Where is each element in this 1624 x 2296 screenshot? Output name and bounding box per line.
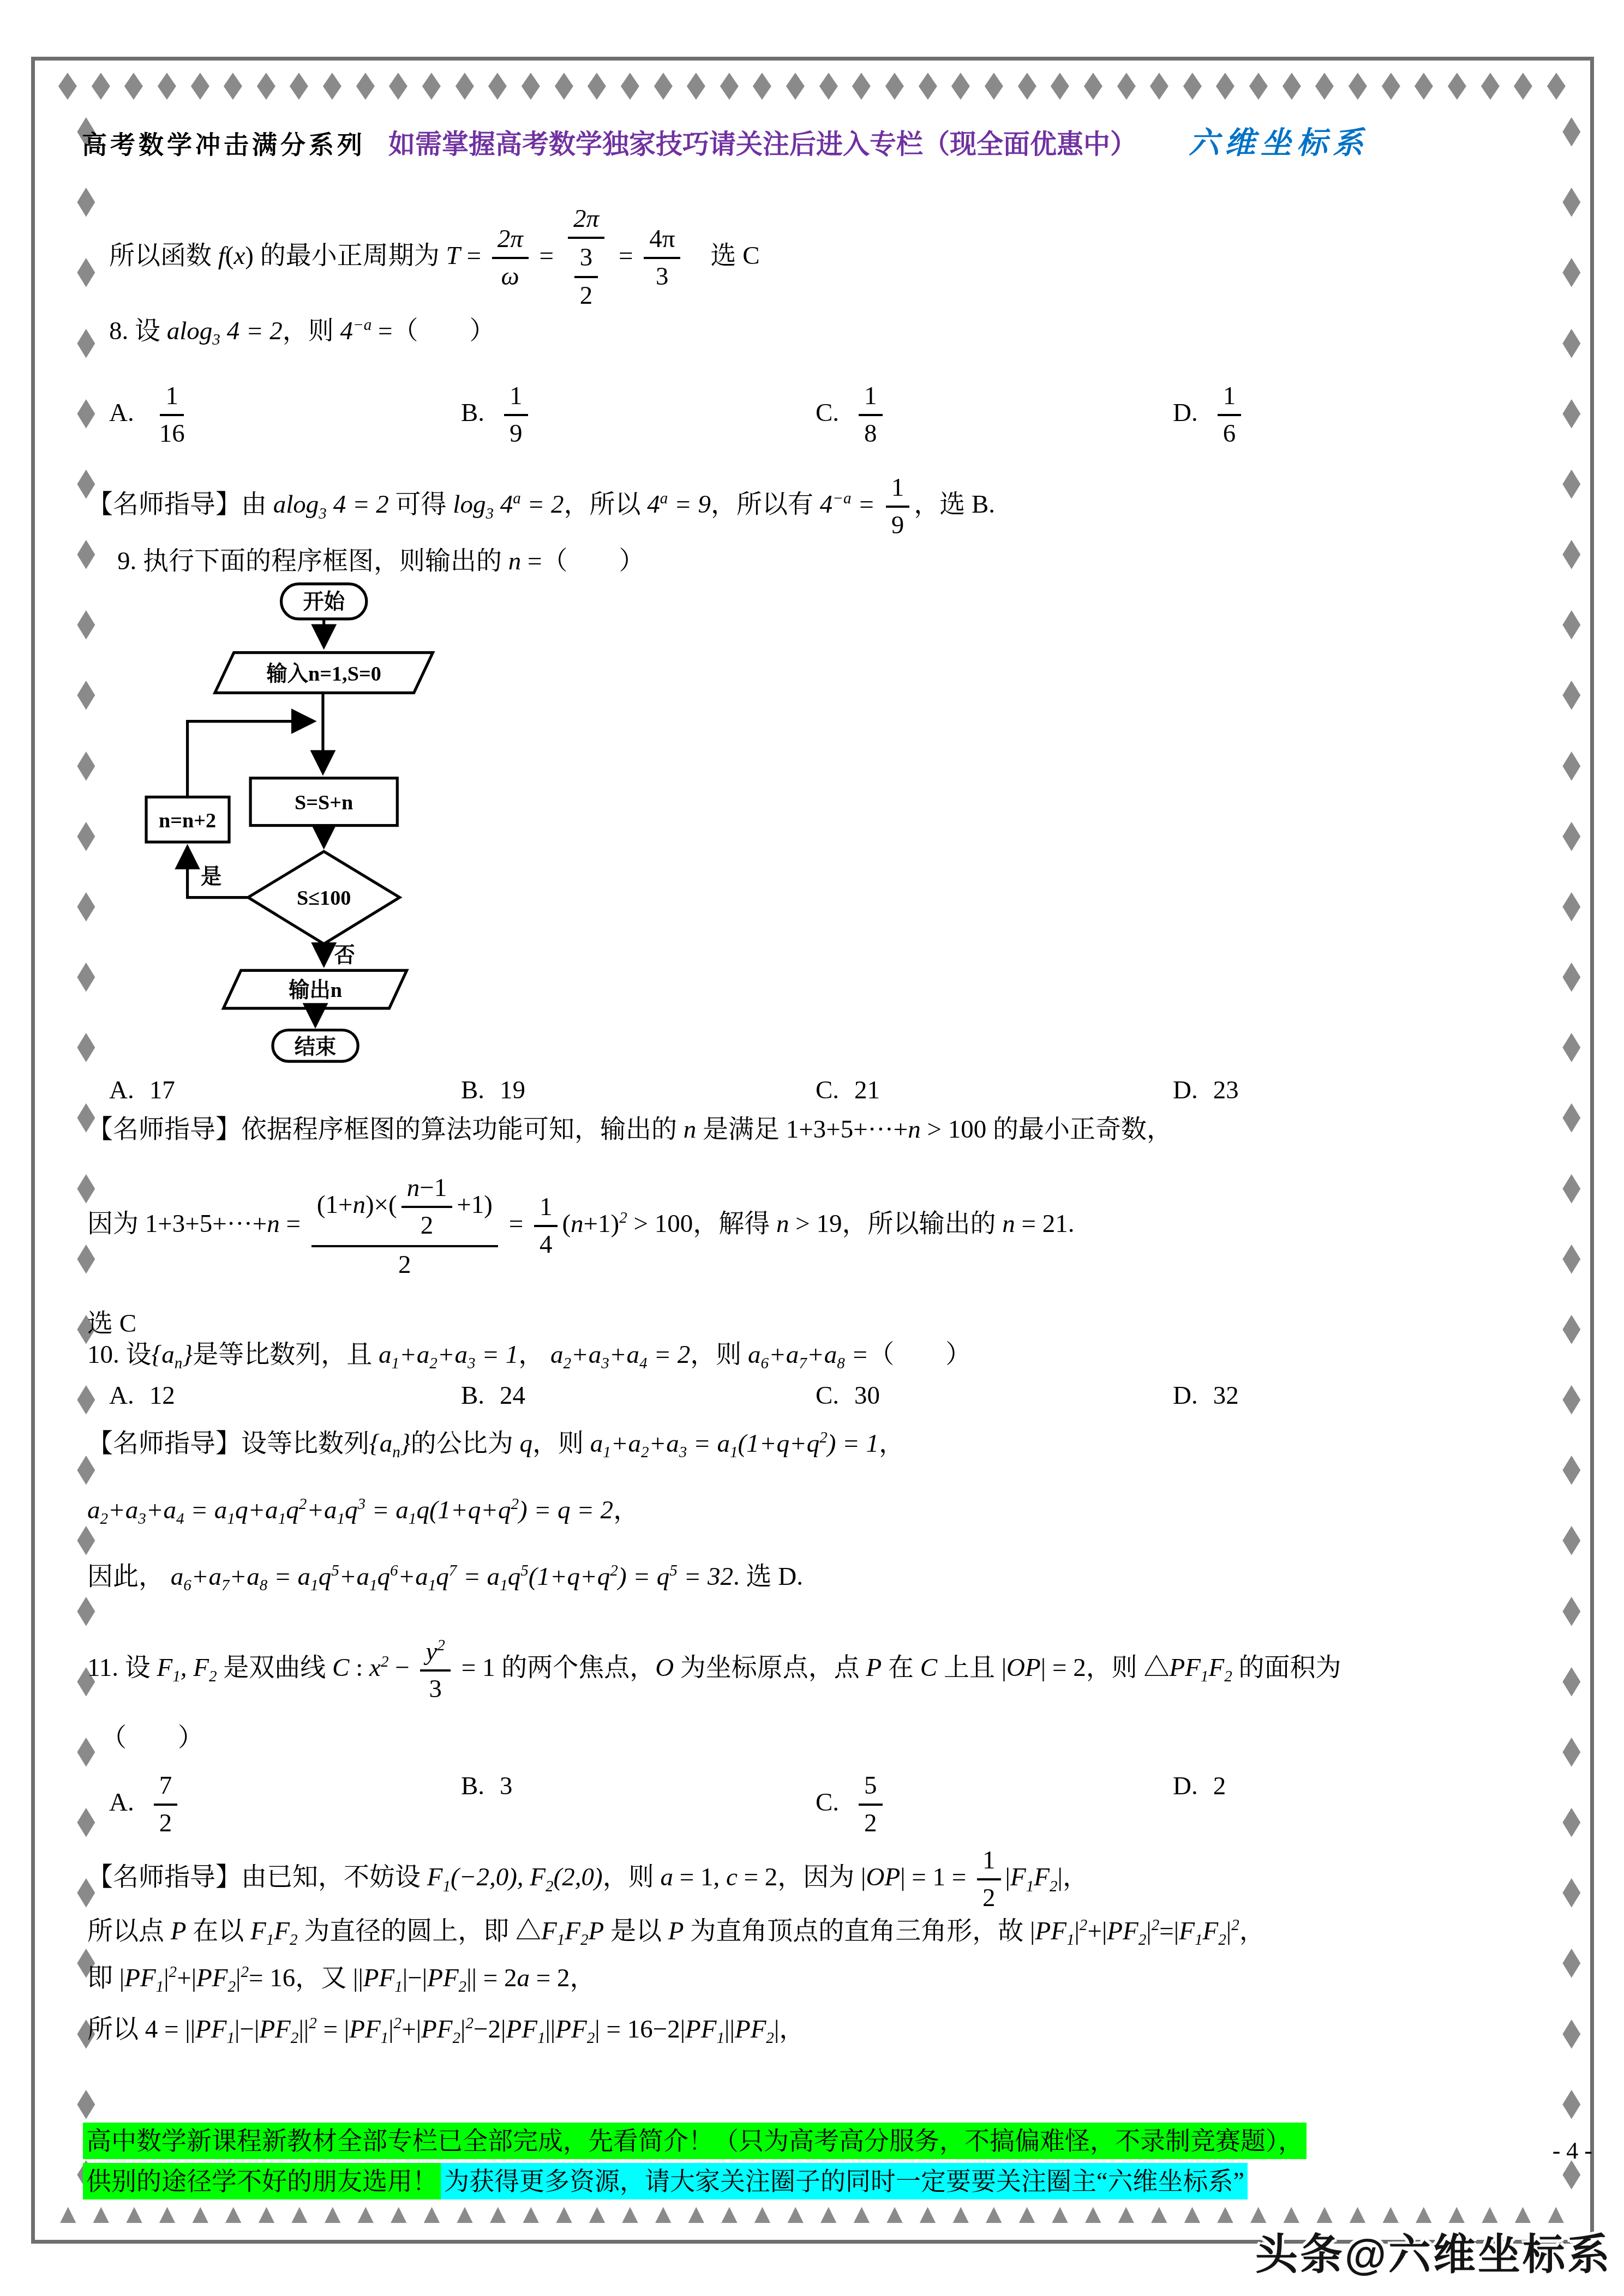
option-a: A.116 [109,382,461,449]
text-run: 即 | [87,1964,124,1992]
fraction: 2πω [492,225,529,292]
superscript: a [513,490,521,507]
text-run: ，则 [690,1341,748,1369]
q9-flowchart: 开始 输入n=1,S=0 S=S+n n=n+2 S≤100 是 否 输出n 结… [139,579,499,1073]
option-d: D.32 [1173,1381,1538,1410]
text-run: 的面积为 [1232,1654,1341,1682]
q8-teacher-guide: 【名师指导】由 alog3 4 = 2 可得 log3 4a = 2，所以 4a… [87,473,1549,540]
border-glyph: ◆ [1562,1730,1580,1769]
border-glyph: ▲ [1046,2197,1074,2231]
border-glyph: ◆ [1562,2083,1580,2121]
math-run: a [660,1863,673,1891]
flow-output-label: 输出n [288,978,342,1002]
math-run: , F [181,1654,209,1682]
text-run: = | [317,2015,349,2043]
border-glyph: ◆ [1562,744,1580,782]
subscript: 1 [603,1444,611,1461]
border-glyph: ◆ [257,62,275,106]
border-glyph: ◆ [1547,62,1566,106]
math-run: +a [609,1341,639,1369]
subscript: n [175,1355,183,1372]
border-glyph: ◆ [77,1801,95,1839]
text-run: || = 2 [466,1964,517,1992]
subscript: 2 [429,1355,438,1372]
math-run: 4 [820,490,833,519]
subscript: 1 [537,2029,546,2047]
text-run: 所以函数 [109,242,218,270]
text-run: > 100 的最小正奇数， [921,1115,1172,1144]
subscript: 7 [221,1577,230,1594]
text-run: 30 [854,1381,880,1410]
border-glyph: ▲ [616,2197,644,2231]
text-run: = 2， [530,1964,596,1992]
math-run: log [453,490,486,519]
border-top-diamonds: ◆◆◆◆◆◆◆◆◆◆◆◆◆◆◆◆◆◆◆◆◆◆◆◆◆◆◆◆◆◆◆◆◆◆◆◆◆◆◆◆… [55,63,1569,105]
border-glyph: ◆ [224,62,242,106]
border-glyph: ▲ [749,2197,776,2231]
text-run: 2 [159,1809,172,1837]
border-glyph: ◆ [1315,62,1334,106]
border-glyph: ◆ [1562,1519,1580,1557]
math-run: q [345,1496,358,1524]
text-run: ，所以 [564,490,648,519]
q9-options: A.17 B.19 C.21 D.23 [109,1075,1538,1105]
q11-title-parens: （ ） [101,1722,1563,1754]
subscript: 1 [172,1668,181,1685]
subscript: 2 [564,1355,572,1372]
math-run: (1+q+q [529,1562,610,1591]
math-run: F [274,1917,290,1945]
promo-text: 如需掌握高考数学独家技巧请关注后进入专栏（现全面优惠中） [388,123,1137,161]
superscript: 5 [669,1562,678,1579]
superscript: 2 [437,1637,445,1654]
superscript: a [660,490,668,507]
fraction: 19 [886,473,910,540]
subscript: 2 [1138,1931,1147,1949]
math-run: P [589,1917,604,1945]
text-run: = 21. [1015,1210,1075,1238]
border-glyph: ▲ [518,2197,545,2231]
subscript: 1 [1201,1668,1209,1685]
border-glyph: ◆ [753,62,771,106]
flow-no-label: 否 [334,943,355,967]
math-run: = a [457,1562,500,1591]
math-run: 2π [498,225,523,253]
text-run: ，则 [532,1429,590,1458]
superscript: 2 [465,2015,474,2032]
text-run: − [388,1654,416,1682]
text-run: ， [879,1429,904,1458]
border-glyph: ◆ [1349,62,1367,106]
border-glyph: ◆ [1216,62,1235,106]
text-run: 8 [864,419,877,448]
text-run: ， [1239,1917,1265,1945]
option-label: B. [461,1076,484,1104]
option-label: C. [816,1788,839,1817]
math-run: PF [1169,1654,1200,1682]
option-label: B. [461,1772,484,1800]
math-run: n [407,1174,420,1202]
border-glyph: ▲ [187,2197,214,2231]
border-glyph: ◆ [190,62,209,106]
option-label: D. [1173,1772,1198,1800]
q10-options: A.12 B.24 C.30 D.32 [109,1381,1538,1410]
superscript: 2 [394,2015,402,2032]
text-run: = [612,242,639,270]
math-run: F [1203,1917,1219,1945]
math-run: a [517,1964,530,1992]
option-c: C.21 [816,1075,1173,1105]
text-run: =| [1159,1917,1179,1945]
text-run: = [533,242,560,270]
text-run: 1 [510,382,523,410]
fraction: 72 [154,1771,178,1838]
option-b: B.24 [461,1381,816,1410]
text-run: = [280,1210,307,1238]
text-run: |， [774,2015,805,2043]
text-run: 2 [1213,1772,1226,1800]
math-run: x [233,242,245,270]
option-value: 52 [854,1788,887,1817]
border-glyph: ◆ [77,321,95,359]
border-glyph: ◆ [786,62,805,106]
fraction: (1+n)×(n−12+1)2 [311,1173,498,1279]
fraction: 32 [574,243,598,310]
border-glyph: ▲ [286,2197,313,2231]
math-run: ) = q = 2 [519,1496,613,1524]
math-run: +a [307,1496,337,1524]
subscript: 8 [837,1355,845,1372]
text-run: || [724,2015,735,2043]
text-run: ) 的最小正周期为 [245,242,446,270]
math-run: log [179,317,212,345]
math-run: = a [687,1429,730,1458]
option-a: A.72 [109,1771,461,1838]
text-run: 10. 设 [87,1341,152,1369]
subscript: 2 [546,1878,554,1895]
text-run: 1 [982,1846,996,1874]
text-run: 【名师指导】由 [87,490,273,519]
text-run: 4 [540,1230,553,1259]
flow-end-label: 结束 [295,1035,336,1059]
document-page: ◆◆◆◆◆◆◆◆◆◆◆◆◆◆◆◆◆◆◆◆◆◆◆◆◆◆◆◆◆◆◆◆◆◆◆◆◆◆◆◆… [0,0,1624,2296]
border-glyph: ▲ [1080,2197,1107,2231]
math-run: PF [1035,1917,1066,1945]
option-label: A. [109,1076,134,1104]
text-run: 为直角顶点的直角三角形，故 | [684,1917,1035,1945]
text-run: || [298,2015,309,2043]
math-run: y [426,1637,437,1666]
option-c: C.18 [816,382,1173,449]
text-run: = 2 [738,1863,778,1891]
option-value: 16 [1213,399,1246,427]
border-glyph: ◆ [885,62,904,106]
math-run: OP [866,1863,900,1891]
subscript: 2 [1218,1931,1226,1949]
border-glyph: ▲ [220,2197,247,2231]
border-glyph: ◆ [1150,62,1168,106]
math-run: 4 = 2 [327,490,389,519]
superscript: 5 [331,1562,339,1579]
subscript: 2 [580,1931,589,1949]
border-glyph: ◆ [77,181,95,219]
border-glyph: ◆ [1562,1167,1580,1205]
border-glyph: ◆ [1448,62,1466,106]
math-run: (2,0) [554,1863,603,1891]
border-glyph: ▲ [1179,2197,1206,2231]
math-run: PF [421,2015,452,2043]
text-run: ，则 [603,1863,661,1891]
subscript: 2 [766,2029,774,2047]
border-glyph: ◆ [1084,62,1102,106]
border-glyph: ▲ [319,2197,346,2231]
border-glyph: ◆ [77,1026,95,1064]
math-run: 4 [494,490,513,519]
text-run: 是以 [604,1917,668,1945]
subscript: 1 [1066,1931,1075,1949]
math-run: 4 [340,317,353,345]
border-glyph: ◆ [77,674,95,712]
text-run: =（ ） [371,317,495,345]
subscript: 1 [500,1577,508,1594]
border-glyph: ▲ [451,2197,478,2231]
q10-teacher-guide-line2: a2+a3+a4 = a1q+a1q2+a1q3 = a1q(1+q+q2) =… [87,1494,1549,1529]
text-run: 6 [1223,419,1236,448]
text-run: ，则 [283,317,340,345]
subscript: 3 [468,1355,476,1372]
subscript: 2 [587,2029,595,2047]
border-glyph: ◆ [1562,1590,1580,1628]
text-run: = [502,1210,530,1238]
text-run: 所以点 [87,1917,171,1945]
math-run: a [550,1341,564,1369]
border-glyph: ▲ [418,2197,446,2231]
math-run: f [218,242,225,270]
math-run: a [379,1341,392,1369]
border-glyph: ◆ [1051,62,1069,106]
subscript: 1 [156,1978,164,1996]
math-run: q [508,1562,521,1591]
math-run: x [369,1654,381,1682]
subscript: 4 [176,1510,184,1528]
math-run: PF [735,2015,766,2043]
text-run: +| [1087,1917,1107,1945]
text-run: 23 [1213,1076,1239,1104]
subscript: 1 [337,1510,345,1528]
q11-teacher-guide-line1: 【名师指导】由已知，不妨设 F1(−2,0), F2(2,0)，则 a = 1,… [87,1846,1549,1913]
superscript: 2 [169,1963,177,1981]
option-b: B.19 [461,382,816,449]
math-run: +a [649,1429,679,1458]
footer-cyan-text: 为获得更多资源，请大家关注圈子的同时一定要要关注圈主“六维坐标系” [441,2163,1248,2199]
text-run: ( [225,242,234,270]
text-run: +| [401,2015,421,2043]
text-run: 2 [421,1211,434,1240]
text-run: | [1074,1917,1079,1945]
border-glyph: ◆ [488,62,507,106]
math-run: = a [365,1496,409,1524]
option-label: D. [1173,1076,1198,1104]
border-glyph: ◆ [1562,603,1580,641]
text-run: > 100 [627,1210,693,1238]
text-run: 是双曲线 [217,1654,333,1682]
superscript: 3 [358,1495,366,1513]
math-run: q(1+q+q [416,1496,511,1524]
border-glyph: ◆ [77,885,95,923]
text-run: 7 [159,1771,172,1800]
border-glyph: ◆ [852,62,871,106]
math-run: a [87,1496,100,1524]
border-glyph: ◆ [77,1378,95,1416]
border-glyph: ◆ [1562,1237,1580,1276]
math-run: q+a [235,1496,278,1524]
border-glyph: ◆ [58,62,77,106]
superscript: −a [832,490,851,507]
math-run: n [684,1115,697,1144]
option-value: 32 [1213,1381,1239,1410]
text-run: |−| [235,2015,259,2043]
math-run: ) = q [618,1562,669,1591]
subscript: 3 [138,1510,146,1528]
superscript: −a [353,316,371,334]
border-glyph: ▲ [1146,2197,1173,2231]
math-run: PF [259,2015,290,2043]
math-run: = [852,490,882,519]
math-run: +a [146,1496,176,1524]
subscript: 3 [212,331,220,348]
text-run: |， [1058,1863,1088,1891]
border-glyph: ◆ [77,392,95,430]
superscript: 2 [241,1963,249,1981]
border-glyph: ◆ [323,62,341,106]
text-run: = 16，又 || [249,1964,363,1992]
math-run: PF [195,2015,226,2043]
text-run: 1 [864,382,877,410]
math-run: 2π [573,205,599,233]
fraction: 14 [534,1193,558,1260]
border-glyph: ◆ [1562,885,1580,923]
option-label: C. [816,399,839,427]
text-run: 8. 设 [109,317,167,345]
border-glyph: ▲ [782,2197,809,2231]
math-run: PF [196,1964,227,1992]
option-label: C. [816,1381,839,1410]
math-run: PF [506,2015,537,2043]
border-glyph: ◆ [1381,62,1400,106]
math-run: a [273,490,286,519]
subscript: 6 [183,1577,191,1594]
text-run: ， [518,1341,550,1369]
option-b: B.19 [461,1075,816,1105]
border-glyph: ◆ [1562,392,1580,430]
text-run: 1+3+5+···+ [145,1210,267,1238]
border-glyph: ◆ [951,62,970,106]
math-run: +a [571,1341,601,1369]
math-run: q [519,1429,532,1458]
border-glyph: ◆ [1562,815,1580,853]
math-run: a [167,317,180,345]
superscript: 5 [520,1562,529,1579]
border-glyph: ◆ [1562,1660,1580,1698]
subscript: 1 [1195,1931,1203,1949]
subscript: 1 [442,1878,451,1895]
math-run: (1+q+q [738,1429,820,1458]
option-c: C.30 [816,1381,1173,1410]
border-glyph: ◆ [1562,110,1580,148]
math-run: +a [438,1341,468,1369]
math-run: 4 [647,490,660,519]
math-run: c [726,1863,738,1891]
text-run: 【名师指导】设等比数列 [87,1429,369,1458]
q10-title: 10. 设{an}是等比数列，且 a1+a2+a3 = 1， a2+a3+a4 … [87,1339,1549,1374]
text-run: )×( [365,1191,397,1219]
text-run: : [349,1654,369,1682]
q11-options: A.72 B.3 C.52 D.2 [109,1771,1538,1838]
math-run: n [776,1210,789,1238]
math-run: q [377,1562,391,1591]
q11-teacher-guide-line2: 所以点 P 在以 F1F2 为直径的圆上，即 △F1F2P 是以 P 为直角顶点… [87,1915,1549,1950]
option-d: D.23 [1173,1075,1538,1105]
q9-answer-line: 选 C [87,1308,1549,1340]
math-run: +a [399,1341,429,1369]
text-run: 在 [882,1654,920,1682]
q9-title: 9. 执行下面的程序框图，则输出的 n =（ ） [117,545,1579,578]
math-run: 4 = 2 [220,317,283,345]
math-run: ) = 1 [828,1429,879,1458]
math-run: } [182,1341,193,1369]
subscript: 7 [799,1355,807,1372]
math-run: +a [230,1562,260,1591]
border-glyph: ▲ [1014,2197,1041,2231]
math-run: O [655,1654,674,1682]
subscript: 1 [266,1931,274,1949]
border-glyph: ◆ [1562,1942,1580,1980]
text-run: 所以 4 = || [87,2015,195,2043]
math-run: PF [555,2015,586,2043]
math-run: PF [349,2015,380,2043]
border-right-diamonds: ◆◆◆◆◆◆◆◆◆◆◆◆◆◆◆◆◆◆◆◆◆◆◆◆◆◆◆◆◆◆ [1555,115,1588,2187]
text-run: |−| [403,1964,427,1992]
math-run: n [267,1210,280,1238]
math-run: n [908,1115,921,1144]
border-glyph: ▲ [650,2197,677,2231]
fraction: 2π32 [565,205,608,311]
text-run: . 选 D. [733,1562,803,1591]
math-run: +a [398,1562,428,1591]
math-run: P [866,1654,882,1682]
border-glyph: ◆ [124,62,143,106]
border-glyph: ◆ [1249,62,1268,106]
math-run: F [565,1917,580,1945]
option-d: D.2 [1173,1771,1538,1838]
math-run: +a [191,1562,221,1591]
math-run: = 1 [476,1341,519,1369]
text-run: 1+3+5+···+ [786,1115,908,1144]
subscript: 1 [717,2029,725,2047]
text-run: 3 [656,262,669,291]
border-glyph: ◆ [389,62,408,106]
superscript: 2 [1152,1916,1160,1934]
math-run: PF [1107,1917,1138,1945]
text-run: =（ ） [521,547,644,575]
text-run: 17 [149,1076,175,1104]
border-glyph: ◆ [422,62,441,106]
subscript: 1 [409,1510,417,1528]
border-glyph: ▲ [550,2197,578,2231]
text-run: = 1, [673,1863,726,1891]
border-glyph: ◆ [1282,62,1301,106]
border-glyph: ◆ [1017,62,1036,106]
